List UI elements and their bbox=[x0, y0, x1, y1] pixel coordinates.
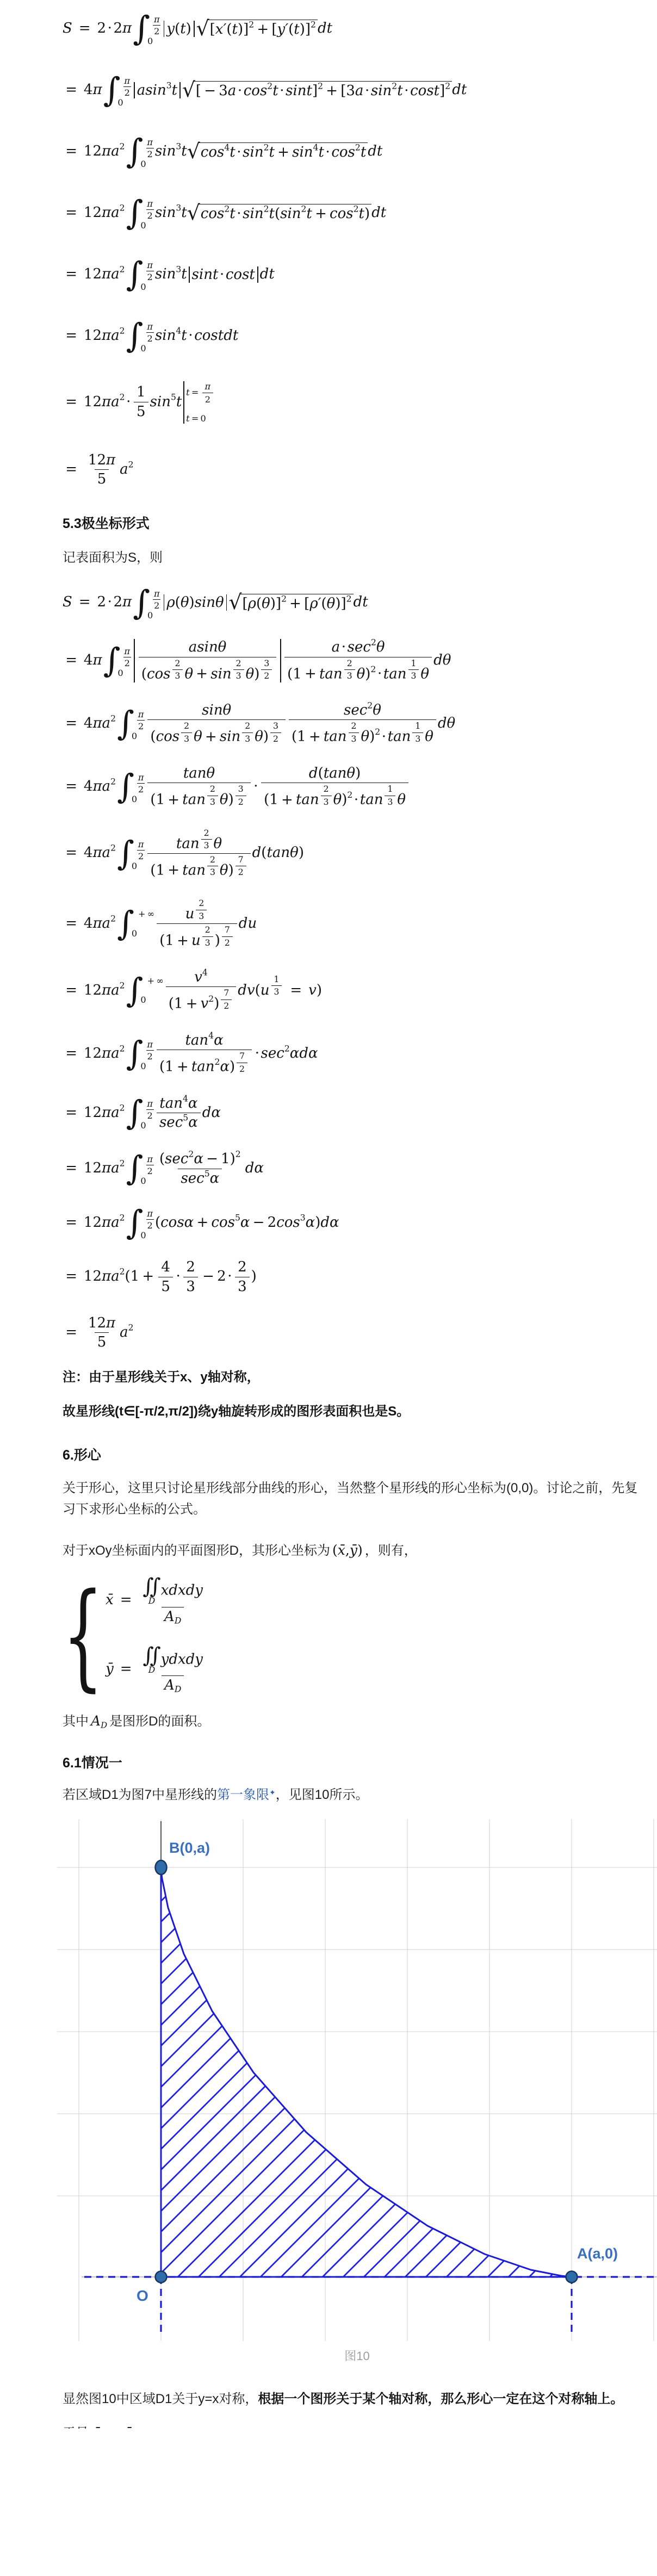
dashed-axis-lines bbox=[84, 2277, 657, 2337]
area-note-pre: 其中 bbox=[63, 1714, 89, 1729]
section-heading-6: 6.形心 bbox=[63, 1444, 657, 1464]
formula-line: =12πa2∫π20sin3t√cos2t·sin2t(sin2t+cos2t)… bbox=[63, 193, 657, 233]
closing-para: 显然图10中区域D1关于y=x对称，根据一个图形关于某个轴对称，那么形心一定在这… bbox=[63, 2389, 650, 2410]
hatched-region-astroid bbox=[161, 1867, 572, 2277]
formula-line: =12π5a2 bbox=[63, 449, 657, 491]
case-one-pre: 若区域D1为图7中星形线的 bbox=[63, 1787, 217, 1802]
point-o bbox=[156, 2271, 167, 2282]
label-o: O bbox=[137, 2287, 148, 2304]
article-page: { "colors": { "text": "#1c1c1c", "link_b… bbox=[0, 0, 657, 2576]
formula-line: =4πa2∫π20sinθ(cos23θ+sin23θ)32sec2θ(1+ta… bbox=[63, 699, 657, 749]
point-a bbox=[566, 2271, 578, 2282]
centroid-x-formula: x̄=∬DxdxdyAD bbox=[106, 1576, 207, 1625]
centroid-coords-inline-formula: (x̄,ȳ) bbox=[330, 1542, 365, 1558]
section-heading-5-3: 5.3极坐标形式 bbox=[63, 513, 657, 532]
formula-line: =4πa2∫π20tanθ(1+tan23θ)32·d(tanθ)(1+tan2… bbox=[63, 762, 657, 812]
formula-line: =12πa2∫π20sin4t·costdt bbox=[63, 316, 657, 356]
figure-10-canvas: B(0,a) A(a,0) O bbox=[57, 1819, 657, 2341]
surface-area-derivation: S=2·2π∫π20y(t)√[x′(t)]2+[y′(t)]2dt =4π∫π… bbox=[63, 9, 657, 491]
formula-line: =4π∫π20asinθ(cos23θ+sin23θ)32a·sec2θ(1+t… bbox=[63, 636, 657, 686]
external-link-icon[interactable]: ✦ bbox=[269, 1788, 276, 1797]
closing-normal: 显然图10中区域D1关于y=x对称， bbox=[63, 2392, 258, 2406]
area-note-para: 其中AD是图形D的面积。 bbox=[63, 1710, 650, 1733]
closing-bold: 根据一个图形关于某个轴对称，那么形心一定在这个对称轴上。 bbox=[258, 2392, 623, 2406]
polar-intro: 记表面积为S，则 bbox=[63, 548, 650, 569]
cut-off-pre: 于是 bbox=[63, 2426, 89, 2429]
centroid-y-formula: ȳ=∬DydxdyAD bbox=[106, 1645, 207, 1694]
formula-line: S=2·2π∫π20ρ(θ)sinθ√[ρ(θ)]2+[ρ′(θ)]2dt bbox=[63, 583, 657, 623]
cases-brace: { bbox=[63, 1577, 103, 1692]
centroid-para-2-pre: 对于xOy坐标面内的平面图形D，其形心坐标为 bbox=[63, 1543, 330, 1558]
section-heading-6-1: 6.1情况一 bbox=[63, 1752, 657, 1772]
formula-line: =12πa2∫π20sin3tsint·costdt bbox=[63, 255, 657, 294]
centroid-para-2-post: ，则有， bbox=[365, 1543, 417, 1558]
formula-line: S=2·2π∫π20y(t)√[x′(t)]2+[y′(t)]2dt bbox=[63, 9, 657, 48]
area-symbol-inline-formula: AD bbox=[89, 1713, 109, 1729]
first-quadrant-link[interactable]: 第一象限 bbox=[217, 1787, 269, 1802]
cut-off-formula: x̄=ȳ bbox=[91, 2425, 134, 2429]
note-line-1: 注：由于星形线关于x、y轴对称， bbox=[63, 1367, 650, 1388]
label-a: A(a,0) bbox=[577, 2245, 618, 2262]
area-note-post: 是图形D的面积。 bbox=[109, 1714, 210, 1729]
formula-line: =12πa2·15sin5tt=π2t=0 bbox=[63, 378, 657, 427]
figure-10: B(0,a) A(a,0) O bbox=[57, 1819, 657, 2344]
article-content: S=2·2π∫π20y(t)√[x′(t)]2+[y′(t)]2dt =4π∫π… bbox=[0, 0, 657, 2429]
formula-line: =12πa2∫π20tan4αsec5αdα bbox=[63, 1092, 657, 1134]
formula-line: =12πa2∫+∞0v4(1+v2)72dv(u13=v) bbox=[63, 966, 657, 1016]
centroid-formula-system: { x̄=∬DxdxdyAD ȳ=∬DydxdyAD bbox=[63, 1576, 657, 1694]
formula-line: =4π∫π20asin3t√[−3a·cos2t·sint]2+[3a·sin2… bbox=[63, 70, 657, 110]
formula-line: =12πa2∫π20(cosα+cos5α−2cos3α)dα bbox=[63, 1203, 657, 1243]
point-b bbox=[156, 1860, 167, 1874]
formula-line: =12πa2∫π20tan4α(1+tan2α)72·sec2αdα bbox=[63, 1029, 657, 1079]
case-one-post: ，见图10所示。 bbox=[276, 1787, 369, 1802]
formula-line: =12π5a2 bbox=[63, 1312, 657, 1354]
cut-off-line: 于是 x̄=ȳ bbox=[63, 2423, 657, 2429]
formula-line: =4πa2∫+∞0u23(1+u23)72du bbox=[63, 895, 657, 953]
case-one-para: 若区域D1为图7中星形线的第一象限✦，见图10所示。 bbox=[63, 1785, 650, 1806]
note-line-2: 故星形线(t∈[-π/2,π/2])绕y轴旋转形成的图形表面积也是S。 bbox=[63, 1401, 650, 1423]
polar-derivation: S=2·2π∫π20ρ(θ)sinθ√[ρ(θ)]2+[ρ′(θ)]2dt =4… bbox=[63, 583, 657, 1354]
formula-line: =12πa2∫π20sin3t√cos4t·sin2t+sin4t·cos2td… bbox=[63, 132, 657, 171]
centroid-para-2: 对于xOy坐标面内的平面图形D，其形心坐标为(x̄,ȳ)，则有， bbox=[63, 1540, 650, 1562]
label-b: B(0,a) bbox=[169, 1840, 210, 1856]
formula-line: =12πa2∫π20(sec2α−1)2sec5αdα bbox=[63, 1147, 657, 1190]
figure-caption: 图10 bbox=[57, 2347, 657, 2364]
centroid-para-1: 关于形心，这里只讨论星形线部分曲线的形心，当然整个星形线的形心坐标为(0,0)。… bbox=[63, 1478, 650, 1520]
formula-line: =4πa2∫π20tan23θ(1+tan23θ)72d(tanθ) bbox=[63, 825, 657, 883]
formula-line: =12πa2(1+45·23−2·23) bbox=[63, 1256, 657, 1298]
